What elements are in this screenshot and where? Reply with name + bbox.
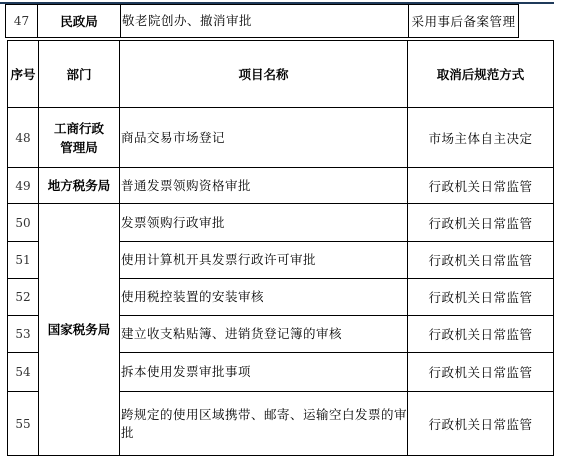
mode-cell: 采用事后备案管理: [409, 5, 519, 38]
mode-cell: 行政机关日常监管: [408, 353, 554, 392]
header-row: 序号 部门 项目名称 取消后规范方式: [8, 41, 554, 108]
mode-cell: 行政机关日常监管: [408, 242, 554, 279]
item-cell: 跨规定的使用区域携带、邮寄、运输空白发票的审批: [120, 392, 408, 456]
item-cell: 使用税控装置的安装审核: [120, 279, 408, 316]
row-number: 51: [8, 242, 39, 279]
item-cell: 建立收支粘贴簿、进销货登记簿的审核: [120, 316, 408, 353]
table-row: 48 工商行政 管理局 商品交易市场登记 市场主体自主决定: [8, 108, 554, 168]
row-number: 52: [8, 279, 39, 316]
department-cell-merged: 国家税务局: [39, 204, 120, 456]
item-cell: 发票领购行政审批: [120, 204, 408, 242]
item-cell: 使用计算机开具发票行政许可审批: [120, 242, 408, 279]
table-row: 47 民政局 敬老院创办、撤消审批 采用事后备案管理: [6, 5, 519, 38]
row-number: 53: [8, 316, 39, 353]
row-number: 49: [8, 168, 39, 204]
row-number: 47: [6, 5, 38, 38]
header-item: 项目名称: [120, 41, 408, 108]
table-row: 50 国家税务局 发票领购行政审批 行政机关日常监管: [8, 204, 554, 242]
table-row: 49 地方税务局 普通发票领购资格审批 行政机关日常监管: [8, 168, 554, 204]
approval-items-table: 序号 部门 项目名称 取消后规范方式 48 工商行政 管理局 商品交易市场登记 …: [7, 40, 554, 456]
row-number: 55: [8, 392, 39, 456]
item-cell: 敬老院创办、撤消审批: [121, 5, 409, 38]
item-cell: 商品交易市场登记: [120, 108, 408, 168]
row-number: 48: [8, 108, 39, 168]
previous-page-table: 47 民政局 敬老院创办、撤消审批 采用事后备案管理: [5, 4, 519, 38]
department-cell: 民政局: [38, 5, 121, 38]
department-cell: 地方税务局: [39, 168, 120, 204]
header-department: 部门: [39, 41, 120, 108]
row-number: 50: [8, 204, 39, 242]
row-number: 54: [8, 353, 39, 392]
item-cell: 拆本使用发票审批事项: [120, 353, 408, 392]
mode-cell: 行政机关日常监管: [408, 392, 554, 456]
mode-cell: 行政机关日常监管: [408, 204, 554, 242]
header-mode: 取消后规范方式: [408, 41, 554, 108]
department-cell: 工商行政 管理局: [39, 108, 120, 168]
item-cell: 普通发票领购资格审批: [120, 168, 408, 204]
department-line: 工商行政: [39, 119, 119, 138]
mode-cell: 市场主体自主决定: [408, 108, 554, 168]
mode-cell: 行政机关日常监管: [408, 279, 554, 316]
mode-cell: 行政机关日常监管: [408, 316, 554, 353]
department-line: 管理局: [39, 138, 119, 157]
header-number: 序号: [8, 41, 39, 108]
mode-cell: 行政机关日常监管: [408, 168, 554, 204]
